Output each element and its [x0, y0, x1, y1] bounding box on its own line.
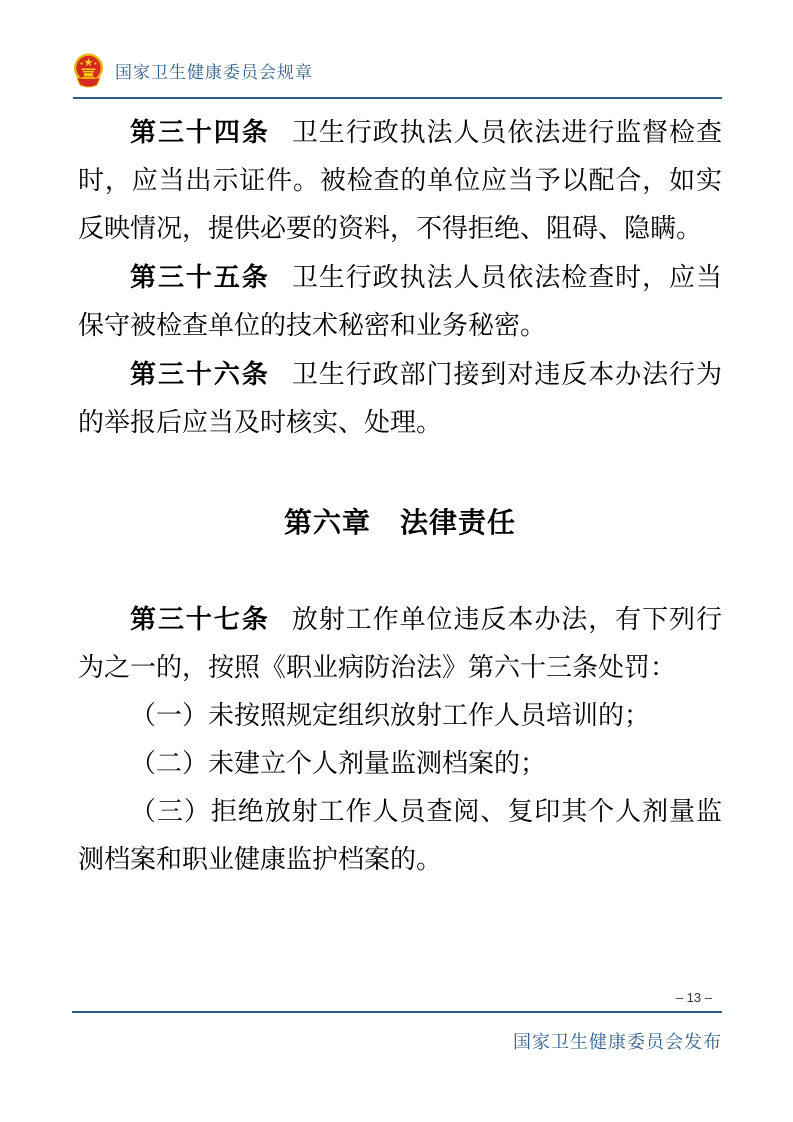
- article-number: 第三十五条: [130, 262, 270, 292]
- list-item-2: （二）未建立个人剂量监测档案的；: [78, 740, 722, 788]
- header-row: 国家卫生健康委员会规章: [73, 50, 722, 90]
- article-paragraph-36: 第三十六条卫生行政部门接到对违反本办法行为的举报后应当及时核实、处理。: [78, 350, 722, 447]
- china-national-emblem-icon: [73, 52, 104, 89]
- article-paragraph-35: 第三十五条卫生行政执法人员依法检查时，应当保守被检查单位的技术秘密和业务秘密。: [78, 253, 722, 350]
- document-page: 国家卫生健康委员会规章 第三十四条卫生行政执法人员依法进行监督检查时，应当出示证…: [0, 0, 793, 1122]
- article-paragraph-37: 第三十七条放射工作单位违反本办法，有下列行为之一的，按照《职业病防治法》第六十三…: [78, 595, 722, 692]
- page-footer: – 13 – 国家卫生健康委员会发布: [72, 990, 722, 1054]
- header-agency-label: 国家卫生健康委员会规章: [112, 58, 313, 83]
- page-header: 国家卫生健康委员会规章: [0, 0, 793, 99]
- article-number: 第三十六条: [130, 359, 270, 389]
- publisher-label: 国家卫生健康委员会发布: [72, 1030, 722, 1054]
- list-item-3: （三）拒绝放射工作人员查阅、复印其个人剂量监测档案和职业健康监护档案的。: [78, 788, 722, 884]
- article-paragraph-34: 第三十四条卫生行政执法人员依法进行监督检查时，应当出示证件。被检查的单位应当予以…: [78, 108, 722, 253]
- list-item-1: （一）未按照规定组织放射工作人员培训的；: [78, 692, 722, 740]
- article-number: 第三十四条: [130, 117, 270, 147]
- document-body: 第三十四条卫生行政执法人员依法进行监督检查时，应当出示证件。被检查的单位应当予以…: [0, 99, 793, 884]
- footer-rule: [72, 1011, 722, 1013]
- page-number: – 13 –: [72, 990, 722, 1006]
- chapter-heading: 第六章 法律责任: [78, 507, 722, 539]
- article-number: 第三十七条: [130, 604, 270, 634]
